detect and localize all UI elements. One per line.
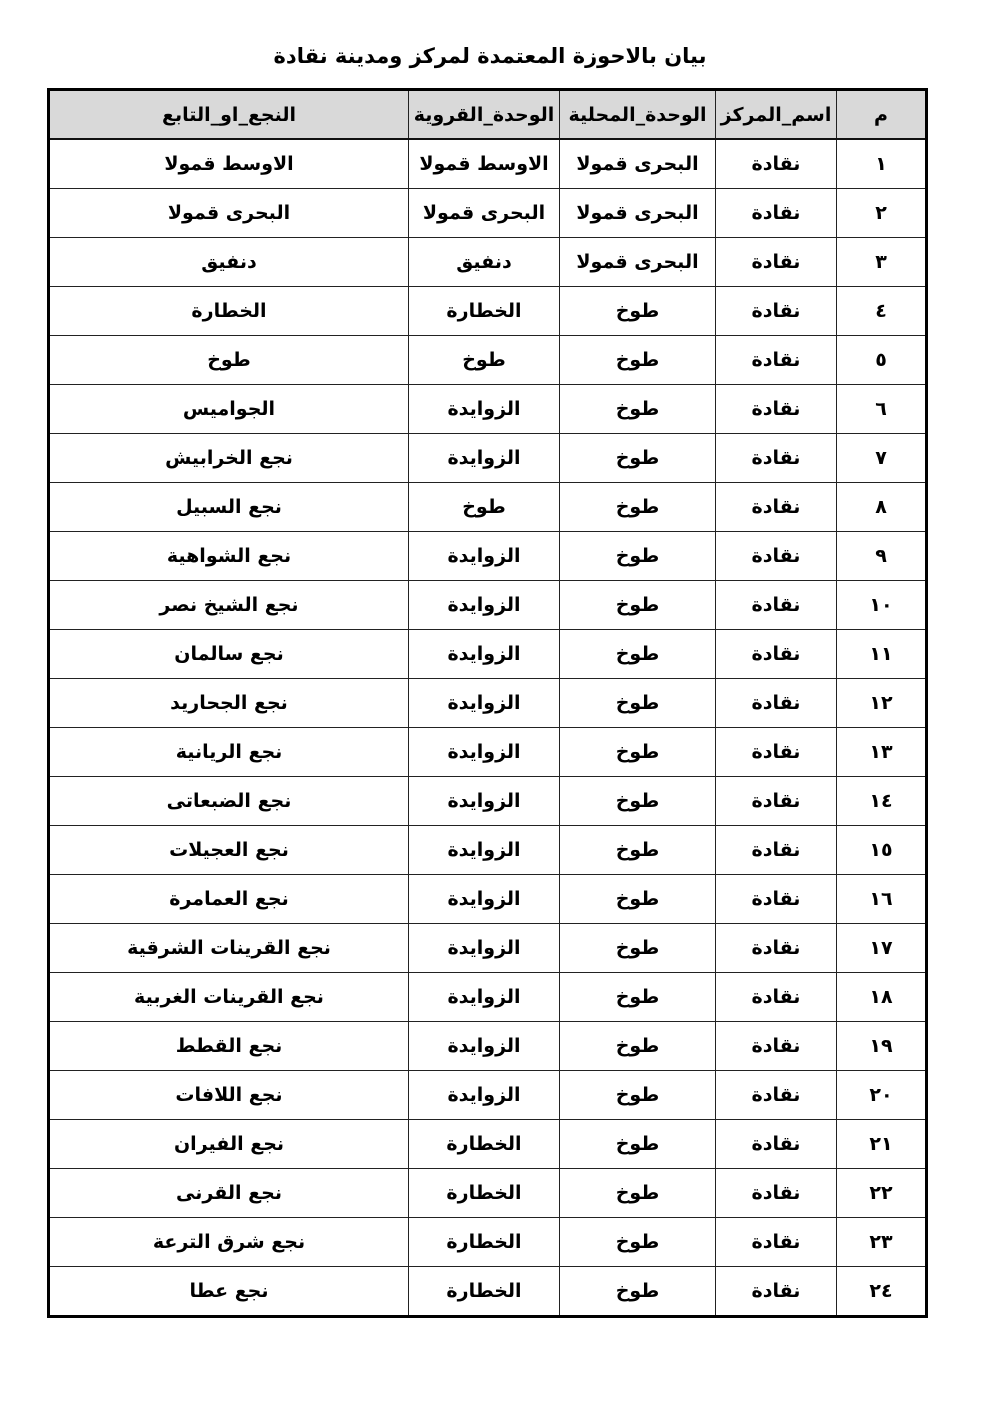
cell-village-unit: الخطارة (409, 1267, 560, 1317)
table-header: م اسم_المركز الوحدة_المحلية الوحدة_القرو… (49, 90, 927, 140)
cell-center: نقادة (716, 630, 837, 679)
cell-num: ٣ (837, 238, 927, 287)
cell-local-unit: طوخ (560, 1169, 716, 1218)
table-row: ١٥نقادةطوخالزوايدةنجع العجيلات (49, 826, 927, 875)
cell-local-unit: طوخ (560, 679, 716, 728)
cell-center: نقادة (716, 924, 837, 973)
table-body: ١نقادةالبحرى قمولاالاوسط قمولاالاوسط قمو… (49, 139, 927, 1317)
cell-num: ٦ (837, 385, 927, 434)
cell-village-unit: الخطارة (409, 1120, 560, 1169)
cell-local-unit: البحرى قمولا (560, 238, 716, 287)
cell-num: ٢٠ (837, 1071, 927, 1120)
cell-village-unit: الزوايدة (409, 1022, 560, 1071)
cell-center: نقادة (716, 777, 837, 826)
table-row: ١١نقادةطوخالزوايدةنجع سالمان (49, 630, 927, 679)
cell-num: ١٤ (837, 777, 927, 826)
cell-hamlet: نجع الشيخ نصر (49, 581, 409, 630)
cell-local-unit: طوخ (560, 728, 716, 777)
cell-local-unit: البحرى قمولا (560, 189, 716, 238)
cell-village-unit: الزوايدة (409, 630, 560, 679)
cell-hamlet: نجع القطط (49, 1022, 409, 1071)
cell-village-unit: طوخ (409, 336, 560, 385)
cell-num: ١٩ (837, 1022, 927, 1071)
cell-center: نقادة (716, 1267, 837, 1317)
cell-num: ٧ (837, 434, 927, 483)
cell-hamlet: البحرى قمولا (49, 189, 409, 238)
cell-local-unit: طوخ (560, 1022, 716, 1071)
table-row: ١٤نقادةطوخالزوايدةنجع الضبعاتى (49, 777, 927, 826)
cell-num: ١٢ (837, 679, 927, 728)
cell-local-unit: طوخ (560, 630, 716, 679)
cell-village-unit: الزوايدة (409, 581, 560, 630)
cell-center: نقادة (716, 581, 837, 630)
cell-center: نقادة (716, 483, 837, 532)
table-row: ٢نقادةالبحرى قمولاالبحرى قمولاالبحرى قمو… (49, 189, 927, 238)
cell-center: نقادة (716, 287, 837, 336)
table-row: ٧نقادةطوخالزوايدةنجع الخرابيش (49, 434, 927, 483)
cell-village-unit: الزوايدة (409, 826, 560, 875)
cell-local-unit: طوخ (560, 924, 716, 973)
cell-num: ١١ (837, 630, 927, 679)
cell-hamlet: نجع العجيلات (49, 826, 409, 875)
cell-center: نقادة (716, 532, 837, 581)
cell-hamlet: نجع شرق الترعة (49, 1218, 409, 1267)
cell-num: ٩ (837, 532, 927, 581)
cell-num: ١٦ (837, 875, 927, 924)
cell-center: نقادة (716, 875, 837, 924)
cell-local-unit: البحرى قمولا (560, 139, 716, 189)
cell-center: نقادة (716, 1120, 837, 1169)
cell-local-unit: طوخ (560, 1267, 716, 1317)
cell-hamlet: نجع الريانية (49, 728, 409, 777)
cell-village-unit: الزوايدة (409, 434, 560, 483)
cell-village-unit: الزوايدة (409, 728, 560, 777)
table-row: ٢٠نقادةطوخالزوايدةنجع اللافات (49, 1071, 927, 1120)
cell-center: نقادة (716, 434, 837, 483)
cell-local-unit: طوخ (560, 875, 716, 924)
cell-hamlet: نجع القرينات الغربية (49, 973, 409, 1022)
cell-local-unit: طوخ (560, 1218, 716, 1267)
table-row: ١٣نقادةطوخالزوايدةنجع الريانية (49, 728, 927, 777)
cell-center: نقادة (716, 1218, 837, 1267)
cell-village-unit: الزوايدة (409, 679, 560, 728)
cell-hamlet: نجع سالمان (49, 630, 409, 679)
cell-hamlet: نجع السبيل (49, 483, 409, 532)
cell-local-unit: طوخ (560, 777, 716, 826)
cell-num: ١٨ (837, 973, 927, 1022)
table-row: ١٧نقادةطوخالزوايدةنجع القرينات الشرقية (49, 924, 927, 973)
cell-hamlet: دنفيق (49, 238, 409, 287)
table-row: ١نقادةالبحرى قمولاالاوسط قمولاالاوسط قمو… (49, 139, 927, 189)
cell-village-unit: الزوايدة (409, 1071, 560, 1120)
cell-hamlet: نجع الشواهية (49, 532, 409, 581)
cell-local-unit: طوخ (560, 532, 716, 581)
cell-hamlet: نجع الخرابيش (49, 434, 409, 483)
cell-village-unit: دنفيق (409, 238, 560, 287)
cell-hamlet: نجع القرينات الشرقية (49, 924, 409, 973)
cell-num: ١٣ (837, 728, 927, 777)
cell-center: نقادة (716, 139, 837, 189)
table-row: ٨نقادةطوخطوخنجع السبيل (49, 483, 927, 532)
cell-hamlet: نجع العمامرة (49, 875, 409, 924)
cell-local-unit: طوخ (560, 483, 716, 532)
cell-center: نقادة (716, 728, 837, 777)
cell-village-unit: الزوايدة (409, 777, 560, 826)
cell-num: ٢١ (837, 1120, 927, 1169)
cell-center: نقادة (716, 189, 837, 238)
cell-num: ٢٤ (837, 1267, 927, 1317)
table-row: ٦نقادةطوخالزوايدةالجواميس (49, 385, 927, 434)
cell-center: نقادة (716, 1169, 837, 1218)
header-center: اسم_المركز (716, 90, 837, 140)
cell-local-unit: طوخ (560, 1071, 716, 1120)
page-title: بيان بالاحوزة المعتمدة لمركز ومدينة نقاد… (0, 44, 980, 68)
cell-village-unit: الزوايدة (409, 385, 560, 434)
cell-village-unit: الخطارة (409, 1218, 560, 1267)
table-row: ١٨نقادةطوخالزوايدةنجع القرينات الغربية (49, 973, 927, 1022)
cell-hamlet: نجع اللافات (49, 1071, 409, 1120)
table-row: ٩نقادةطوخالزوايدةنجع الشواهية (49, 532, 927, 581)
table-row: ٣نقادةالبحرى قمولادنفيقدنفيق (49, 238, 927, 287)
cell-num: ٥ (837, 336, 927, 385)
cell-local-unit: طوخ (560, 581, 716, 630)
table-row: ٤نقادةطوخالخطارةالخطارة (49, 287, 927, 336)
header-hamlet: النجع_او_التابع (49, 90, 409, 140)
cell-num: ٤ (837, 287, 927, 336)
table-row: ١٠نقادةطوخالزوايدةنجع الشيخ نصر (49, 581, 927, 630)
cell-local-unit: طوخ (560, 336, 716, 385)
cell-center: نقادة (716, 973, 837, 1022)
table-row: ٢١نقادةطوخالخطارةنجع الفيران (49, 1120, 927, 1169)
cell-center: نقادة (716, 826, 837, 875)
cell-center: نقادة (716, 238, 837, 287)
table-row: ٥نقادةطوخطوخطوخ (49, 336, 927, 385)
table-row: ١٩نقادةطوخالزوايدةنجع القطط (49, 1022, 927, 1071)
table-row: ١٦نقادةطوخالزوايدةنجع العمامرة (49, 875, 927, 924)
cell-local-unit: طوخ (560, 973, 716, 1022)
table-row: ١٢نقادةطوخالزوايدةنجع الجحاريد (49, 679, 927, 728)
cell-hamlet: نجع الجحاريد (49, 679, 409, 728)
cell-num: ٢٢ (837, 1169, 927, 1218)
cell-village-unit: البحرى قمولا (409, 189, 560, 238)
cell-village-unit: الزوايدة (409, 924, 560, 973)
table-row: ٢٢نقادةطوخالخطارةنجع القرنى (49, 1169, 927, 1218)
cell-hamlet: الخطارة (49, 287, 409, 336)
cell-local-unit: طوخ (560, 1120, 716, 1169)
cell-hamlet: نجع القرنى (49, 1169, 409, 1218)
cell-hamlet: طوخ (49, 336, 409, 385)
cell-village-unit: الخطارة (409, 1169, 560, 1218)
cell-local-unit: طوخ (560, 287, 716, 336)
table-row: ٢٤نقادةطوخالخطارةنجع عطا (49, 1267, 927, 1317)
cell-village-unit: الخطارة (409, 287, 560, 336)
cell-local-unit: طوخ (560, 434, 716, 483)
cell-hamlet: الجواميس (49, 385, 409, 434)
cell-village-unit: الزوايدة (409, 973, 560, 1022)
header-num: م (837, 90, 927, 140)
cell-num: ١٠ (837, 581, 927, 630)
table-row: ٢٣نقادةطوخالخطارةنجع شرق الترعة (49, 1218, 927, 1267)
cell-local-unit: طوخ (560, 385, 716, 434)
cell-hamlet: نجع الفيران (49, 1120, 409, 1169)
cell-center: نقادة (716, 1071, 837, 1120)
cell-num: ٨ (837, 483, 927, 532)
cell-num: ٢ (837, 189, 927, 238)
cell-center: نقادة (716, 385, 837, 434)
cell-village-unit: الاوسط قمولا (409, 139, 560, 189)
cell-village-unit: الزوايدة (409, 875, 560, 924)
cell-hamlet: الاوسط قمولا (49, 139, 409, 189)
cell-local-unit: طوخ (560, 826, 716, 875)
cell-center: نقادة (716, 336, 837, 385)
cell-center: نقادة (716, 679, 837, 728)
cell-village-unit: الزوايدة (409, 532, 560, 581)
cell-num: ١٥ (837, 826, 927, 875)
table-header-row: م اسم_المركز الوحدة_المحلية الوحدة_القرو… (49, 90, 927, 140)
cell-hamlet: نجع عطا (49, 1267, 409, 1317)
header-village-unit: الوحدة_القروية (409, 90, 560, 140)
cell-num: ٢٣ (837, 1218, 927, 1267)
settlements-table: م اسم_المركز الوحدة_المحلية الوحدة_القرو… (47, 88, 928, 1318)
cell-hamlet: نجع الضبعاتى (49, 777, 409, 826)
header-local-unit: الوحدة_المحلية (560, 90, 716, 140)
cell-num: ١٧ (837, 924, 927, 973)
cell-center: نقادة (716, 1022, 837, 1071)
cell-num: ١ (837, 139, 927, 189)
cell-village-unit: طوخ (409, 483, 560, 532)
